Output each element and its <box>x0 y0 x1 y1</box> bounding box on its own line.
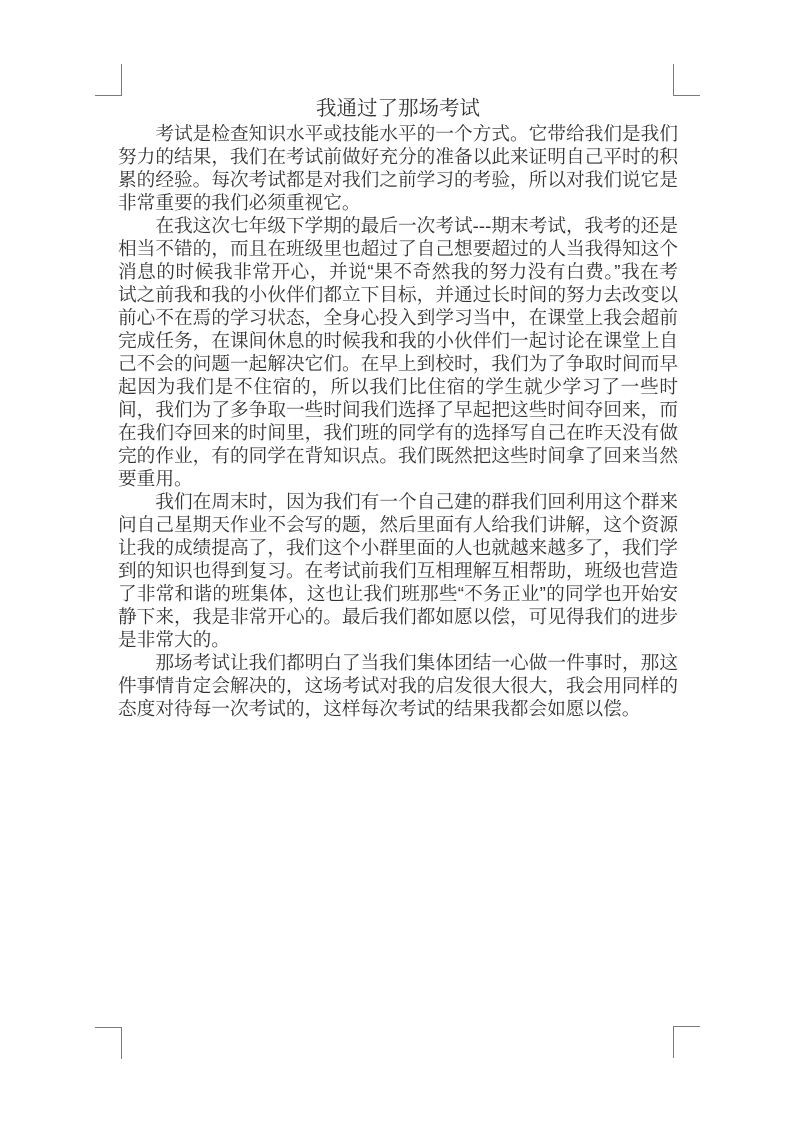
essay-paragraph: 考试是检查知识水平或技能水平的一个方式。它带给我们是我们努力的结果，我们在考试前… <box>118 122 678 214</box>
text-area: 我通过了那场考试 考试是检查知识水平或技能水平的一个方式。它带给我们是我们努力的… <box>118 96 678 720</box>
essay-paragraph: 在我这次七年级下学期的最后一次考试---期末考试，我考的还是相当不错的，而且在班… <box>118 214 678 490</box>
crop-mark-top-left-icon <box>95 64 122 96</box>
crop-mark-bottom-right-icon <box>673 1026 700 1058</box>
essay-paragraph: 我们在周末时，因为我们有一个自己建的群我们回利用这个群来问自己星期天作业不会写的… <box>118 490 678 651</box>
crop-mark-bottom-left-icon <box>95 1027 122 1059</box>
essay-title: 我通过了那场考试 <box>118 96 678 122</box>
document-page: 我通过了那场考试 考试是检查知识水平或技能水平的一个方式。它带给我们是我们努力的… <box>0 0 794 1124</box>
essay-paragraph: 那场考试让我们都明白了当我们集体团结一心做一件事时，那这件事情肯定会解决的，这场… <box>118 651 678 720</box>
crop-mark-top-right-icon <box>673 64 700 96</box>
essay-body: 考试是检查知识水平或技能水平的一个方式。它带给我们是我们努力的结果，我们在考试前… <box>118 122 678 720</box>
